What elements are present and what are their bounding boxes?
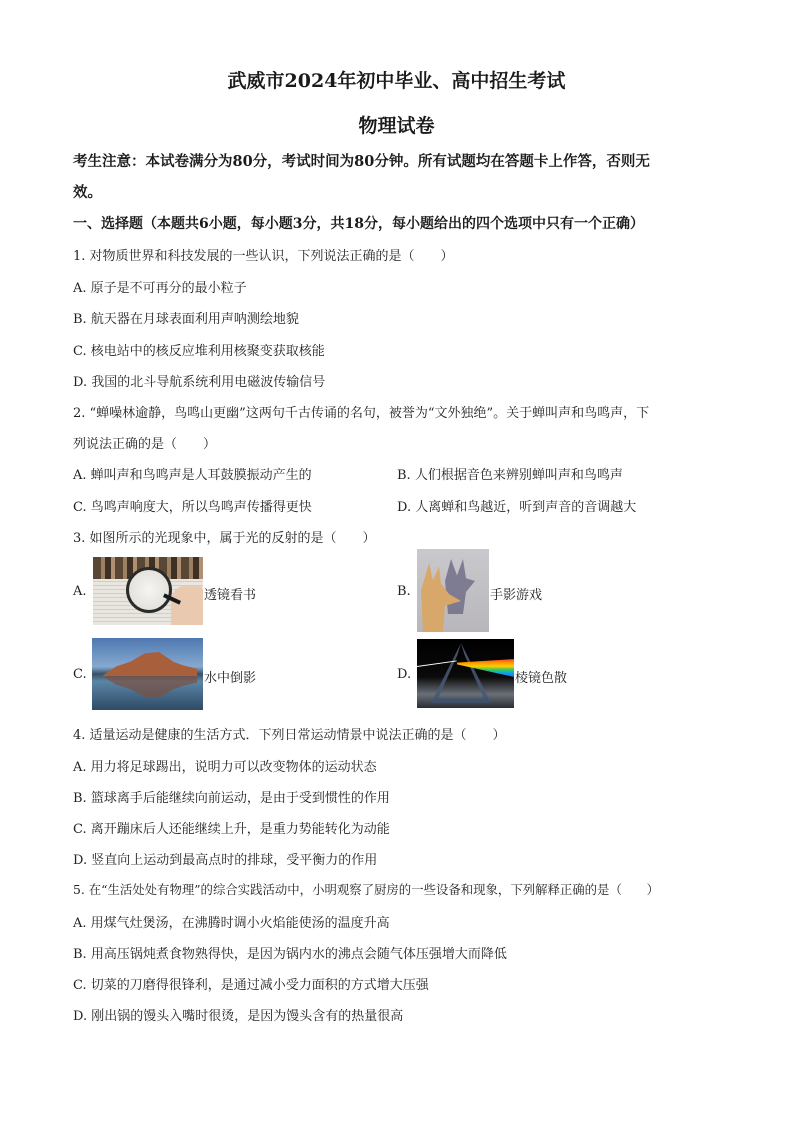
- question-3-option-c-caption: 水中倒影: [204, 667, 256, 686]
- question-5-option-b: B. 用高压锅炖煮食物熟得快，是因为锅内水的沸点会随气体压强增大而降低: [73, 943, 507, 962]
- question-5-option-c: C. 切菜的刀磨得很锋利，是通过减小受力面积的方式增大压强: [73, 974, 429, 993]
- hand-shadow-image: [417, 549, 489, 632]
- question-1-option-d: D. 我国的北斗导航系统利用电磁波传输信号: [73, 371, 325, 390]
- notice-line-2: 效。: [73, 181, 102, 202]
- magnifier-reading-book-image: [93, 557, 203, 625]
- mountain-reflection-image: [92, 638, 203, 710]
- question-3-option-b-letter: B.: [397, 584, 411, 599]
- question-3-option-d-caption: 棱镜色散: [515, 667, 567, 686]
- exam-title: 武威市2024年初中毕业、高中招生考试: [0, 66, 793, 93]
- question-4-option-c: C. 离开蹦床后人还能继续上升，是重力势能转化为动能: [73, 818, 390, 837]
- question-2-stem-line-1: 2. “蝉噪林逾静，鸟鸣山更幽”这两句千古传诵的名句，被誉为“文外独绝”。关于蝉…: [73, 402, 649, 421]
- question-2-option-a: A. 蝉叫声和鸟鸣声是人耳鼓膜振动产生的: [73, 464, 312, 483]
- question-1-option-b: B. 航天器在月球表面利用声呐测绘地貌: [73, 308, 299, 327]
- question-1-stem: 1. 对物质世界和科技发展的一些认识，下列说法正确的是（ ）: [73, 245, 454, 264]
- prism-dispersion-image: [417, 639, 514, 708]
- question-3-option-a-letter: A.: [73, 584, 87, 599]
- question-4-stem: 4. 适量运动是健康的生活方式．下列日常运动情景中说法正确的是（ ）: [73, 724, 506, 743]
- question-3-option-b-caption: 手影游戏: [490, 584, 542, 603]
- exam-subtitle: 物理试卷: [0, 111, 793, 138]
- question-2-stem-line-2: 列说法正确的是（ ）: [73, 433, 216, 452]
- question-3-option-c-letter: C.: [73, 667, 87, 682]
- question-2-option-d: D. 人离蝉和鸟越近，听到声音的音调越大: [397, 496, 636, 515]
- question-5-option-d: D. 刚出锅的馒头入嘴时很烫，是因为馒头含有的热量很高: [73, 1005, 403, 1024]
- question-4-option-d: D. 竖直向上运动到最高点时的排球，受平衡力的作用: [73, 849, 377, 868]
- question-3-option-a-caption: 透镜看书: [204, 584, 256, 603]
- question-5-stem: 5. 在“生活处处有物理”的综合实践活动中，小明观察了厨房的一些设备和现象，下列…: [73, 880, 659, 898]
- question-4-option-a: A. 用力将足球踢出，说明力可以改变物体的运动状态: [73, 756, 377, 775]
- question-2-option-c: C. 鸟鸣声响度大，所以鸟鸣声传播得更快: [73, 496, 312, 515]
- question-5-option-a: A. 用煤气灶煲汤，在沸腾时调小火焰能使汤的温度升高: [73, 912, 390, 931]
- question-4-option-b: B. 篮球离手后能继续向前运动，是由于受到惯性的作用: [73, 787, 390, 806]
- section-heading: 一、选择题（本题共6小题，每小题3分，共18分，每小题给出的四个选项中只有一个正…: [73, 213, 644, 233]
- question-2-option-b: B. 人们根据音色来辨别蝉叫声和鸟鸣声: [397, 464, 623, 483]
- question-3-stem: 3. 如图所示的光现象中，属于光的反射的是（ ）: [73, 527, 376, 546]
- question-1-option-c: C. 核电站中的核反应堆利用核聚变获取核能: [73, 340, 325, 359]
- notice-line-1: 考生注意：本试卷满分为80分，考试时间为80分钟。所有试题均在答题卡上作答，否则…: [73, 150, 650, 171]
- question-3-option-d-letter: D.: [397, 667, 411, 682]
- question-1-option-a: A. 原子是不可再分的最小粒子: [73, 277, 247, 296]
